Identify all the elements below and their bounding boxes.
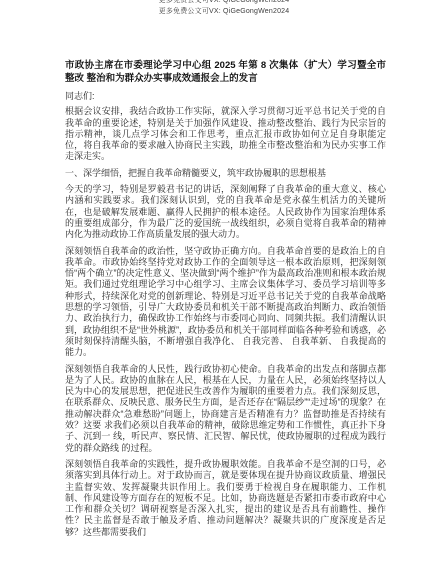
document-title: 市政协主席在市委理论学习中心组 2025 年第 8 次集体（扩大）学习暨全市整改… bbox=[65, 59, 386, 85]
section-heading: 一、深学细悟，把握自我革命精髓要义，筑牢政协履职的思想根基 bbox=[65, 168, 386, 179]
paragraph: 今天的学习，特别是罗毅君书记的讲话，深刻阐释了自我革命的重大意义、核心内涵和实践… bbox=[65, 184, 386, 240]
intro-paragraph: 根据会议安排，我结合政协工作实际，就深入学习贯彻习近平总书记关于党的自我革命的重… bbox=[65, 106, 386, 162]
document-page: 更多免费公文可VX: QiGeGongWen2024 更多免费公文可VX: Qi… bbox=[0, 0, 448, 580]
paragraph: 深刻领悟自我革命的实践性，提升政协履职效能。自我革命不是空洞的口号，必须落实到具… bbox=[65, 459, 386, 538]
salutation: 同志们: bbox=[65, 91, 386, 102]
paragraph: 深刻领悟自我革命的政治性，坚守政协正确方向。自我革命首要的是政治上的自我革命。市… bbox=[65, 246, 386, 359]
paragraph: 深刻领悟自我革命的人民性，践行政协初心使命。自我革命的出发点和落脚点都是为了人民… bbox=[65, 364, 386, 454]
document-body: 市政协主席在市委理论学习中心组 2025 年第 8 次集体（扩大）学习暨全市整改… bbox=[0, 0, 448, 543]
